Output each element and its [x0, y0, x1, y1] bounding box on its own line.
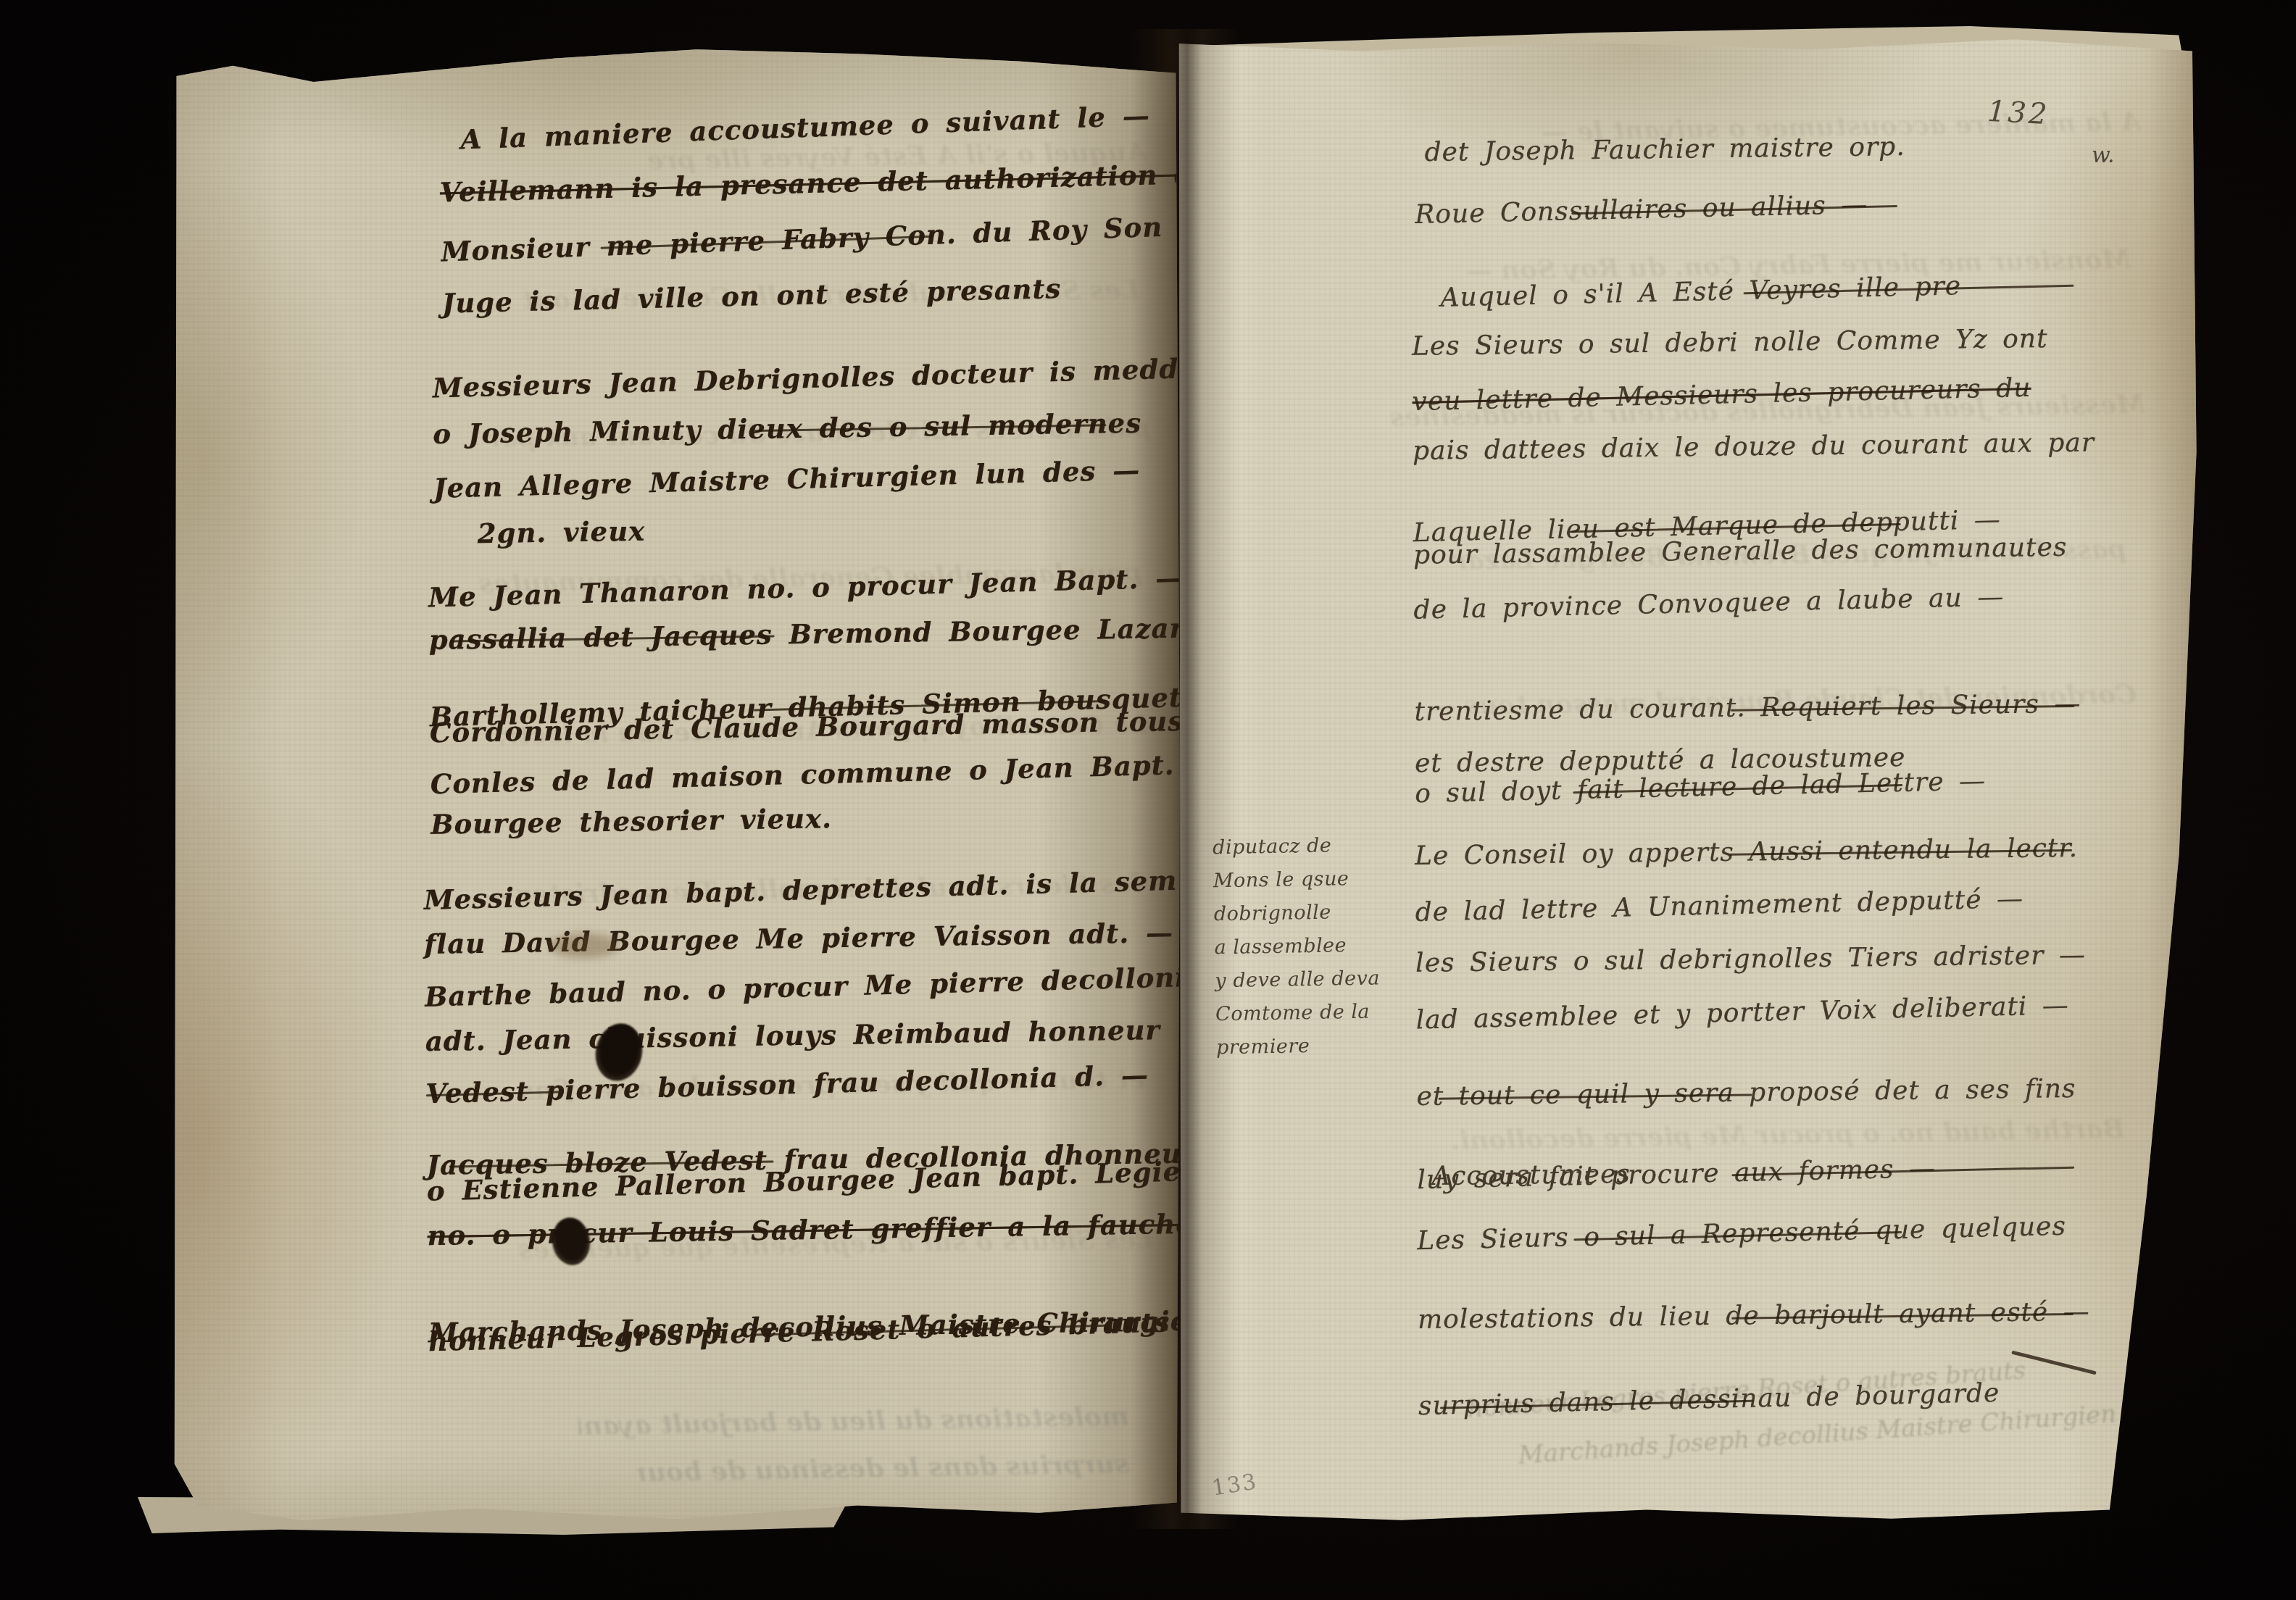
- manuscript-line: adt. Jean chuissoni louys Reimbaud honne…: [425, 1017, 1161, 1055]
- manuscript-line: les Sieurs o sul debrignolles Tiers adri…: [1415, 943, 2086, 977]
- margin-note-line: a lassemblee: [1214, 936, 1347, 957]
- right-paragraph-1: det Joseph Fauchier maistre orp. Roue Co…: [1414, 134, 2125, 262]
- page-number: 132: [1987, 97, 2050, 129]
- manuscript-line: Barthe baud no. o procur Me pierre decol…: [425, 964, 1197, 1011]
- right-page: A la maniere accoustumee o suivant le — …: [1177, 35, 2197, 1525]
- manuscript-line: Accoustumees: [1431, 1162, 1631, 1190]
- bleedthrough-line: surprius dans le dessinau de bourgarde: [636, 1449, 1130, 1488]
- manuscript-line: Jean Allegre Maistre Chirurgien lun des …: [433, 457, 1141, 502]
- manuscript-line: trentiesme du courant. Requiert les Sieu…: [1414, 691, 2131, 725]
- manuscript-line: et tout ce quil y sera proposé det a ses…: [1416, 1075, 2131, 1110]
- manuscript-line: 2gn. vieux: [478, 518, 646, 548]
- left-paragraph-1: A la maniere accoustumee o suivant le — …: [438, 107, 1168, 353]
- manuscript-line: Marchands Joseph decollius Maistre Chiru…: [428, 1307, 1209, 1346]
- right-paragraph-2: Auquel o s'il A Esté Veyres ille pre Les…: [1411, 275, 2132, 831]
- manuscript-line: Veillemann is la presance det authorizat…: [439, 160, 1228, 207]
- manuscript-photo: { "document": { "kind": "handwritten man…: [0, 0, 2296, 1600]
- margin-note: diputacz de Mons le qsue dobrignolle a l…: [1213, 835, 1413, 1092]
- margin-note-line: dobrignolle: [1214, 903, 1331, 925]
- right-paragraph-3: Le Conseil oy apperts Aussi entendu la l…: [1415, 837, 2132, 1248]
- manuscript-line: de la province Convoquee a laube au —: [1413, 584, 2004, 623]
- manuscript-line: o Joseph Minuty dieux des o sul modernes: [433, 409, 1165, 448]
- manuscript-line: Roue Conssullaires ou allius —: [1415, 186, 2126, 228]
- margin-note-line: diputacz de: [1213, 836, 1332, 858]
- margin-note-line: y deve alle deva: [1215, 968, 1380, 991]
- ink-smudge: [549, 933, 619, 958]
- left-page: Auquel o s'il A Esté Veyres ille pre Les…: [172, 43, 1180, 1523]
- manuscript-line: Le Conseil oy apperts Aussi entendu la l…: [1415, 835, 2129, 870]
- right-paragraph-4: Les Sieurs o sul a Representé que quelqu…: [1417, 1218, 2131, 1412]
- manuscript-line: A la maniere accoustumee o suivant le —: [460, 102, 1150, 153]
- left-paragraph-4: Messieurs Jean bapt. deprettes adt. is l…: [423, 873, 1168, 1374]
- manuscript-line: veu lettre de Messieurs les procureurs d…: [1412, 375, 2031, 415]
- left-paragraph-2: Messieurs Jean Debrignolles docteur is m…: [432, 361, 1166, 586]
- manuscript-line: Bourgee thesorier vieux.: [430, 805, 832, 838]
- manuscript-line: pais dattees daix le douze du courant au…: [1413, 430, 2095, 464]
- manuscript-line: Vedest pierre bouisson frau decollonia d…: [425, 1062, 1165, 1108]
- book-fore-edge-stack: [42, 62, 191, 1507]
- manuscript-line: Les Sieurs o sul debri nolle Comme Yz on…: [1412, 326, 2048, 360]
- margin-note-line: Comtome de la: [1215, 1002, 1370, 1025]
- manuscript-line: de lad lettre A Unanimement depputté —: [1415, 886, 2023, 926]
- margin-note-line: Mons le qsue: [1213, 869, 1349, 891]
- manuscript-line: molestations du lieu de barjoult ayant e…: [1418, 1299, 2131, 1333]
- manuscript-line: lad assemblee et y portter Voix delibera…: [1415, 993, 2069, 1033]
- manuscript-line: Monsieur me pierre Fabry Con. du Roy Son…: [441, 214, 1166, 266]
- margin-note-line: premiere: [1216, 1036, 1310, 1057]
- manuscript-line: no. o procur Louis Sadret greffier a la …: [427, 1210, 1226, 1249]
- pencil-folio-number: 133: [1210, 1469, 1260, 1501]
- manuscript-line: det Joseph Fauchier maistre orp.: [1424, 134, 1905, 166]
- manuscript-line: pour lassamblee Generalle des communaute…: [1413, 535, 2068, 569]
- manuscript-line: et destre depputté a lacoustumee: [1415, 745, 1906, 777]
- manuscript-line: Messieurs Jean Debrignolles docteur is m…: [432, 353, 1277, 401]
- bleedthrough-line: molestations du lieu de barjoult ayant e…: [578, 1401, 1130, 1441]
- manuscript-line: passallia det Jacques Bremond Bourgee La…: [428, 615, 1164, 654]
- manuscript-line: flau David Bourgee Me pierre Vaisson adt…: [424, 920, 1173, 958]
- manuscript-line: Juge is lad ville on ont esté presants: [441, 275, 1061, 317]
- left-paragraph-3: Me Jean Thanaron no. o procur Jean Bapt.…: [428, 571, 1167, 883]
